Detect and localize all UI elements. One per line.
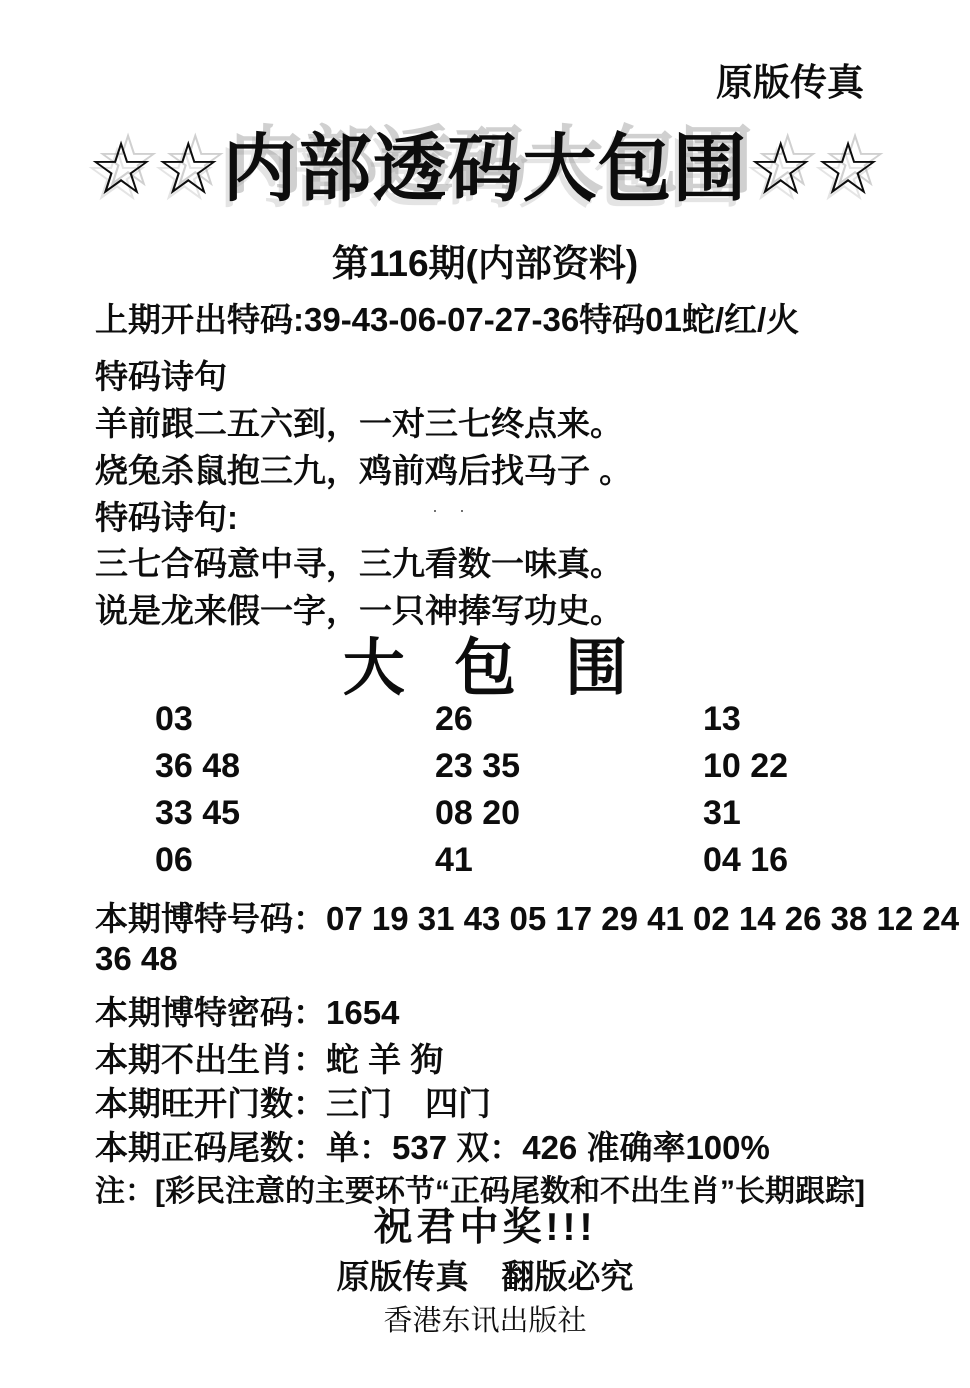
page-title: ☆☆内部透码大包围☆☆ (0, 110, 970, 216)
issue-number-line: 第116期(内部资料) (0, 233, 970, 287)
grid-row: 06 41 04 16 (155, 841, 915, 888)
footer-publisher-line: 香港东讯出版社 (0, 1298, 970, 1339)
excluded-zodiac-label: 本期不出生肖： (95, 1041, 326, 1078)
grid-cell: 13 (703, 700, 741, 739)
bote-password-label: 本期博特密码： (95, 994, 326, 1031)
bote-numbers-wrap-line: 36 48 (95, 940, 178, 978)
grid-row: 36 48 23 35 10 22 (155, 747, 915, 794)
poem-line-3: 三七合码意中寻，三九看数一味真。 (95, 538, 623, 585)
grid-row: 03 26 13 (155, 700, 915, 747)
grid-cell: 26 (435, 700, 703, 739)
tail-numbers-value: 单：537 双：426 准确率100% (326, 1129, 770, 1166)
grid-cell: 06 (155, 841, 435, 880)
number-grid: 03 26 13 36 48 23 35 10 22 33 45 08 20 3… (155, 700, 915, 888)
grid-cell: 03 (155, 700, 435, 739)
poem-label-2: 特码诗句: (95, 492, 238, 539)
scan-artifact-dots: · · (432, 500, 473, 521)
grid-row: 33 45 08 20 31 (155, 794, 915, 841)
big-surround-heading: 大 包 围 (0, 618, 970, 707)
excluded-zodiac-line: 本期不出生肖：蛇 羊 狗 (95, 1034, 443, 1081)
grid-cell: 33 45 (155, 794, 435, 833)
fax-document-page: 原版传真 ☆☆内部透码大包围☆☆ 第116期(内部资料) 上期开出特码:39-4… (0, 0, 970, 1388)
grid-cell: 04 16 (703, 841, 788, 880)
lucky-doors-line: 本期旺开门数：三门 四门 (95, 1078, 491, 1125)
lucky-doors-value: 三门 四门 (326, 1085, 491, 1122)
grid-cell: 23 35 (435, 747, 703, 786)
congratulations-line: 祝君中奖!!! (0, 1196, 970, 1252)
bote-numbers-label: 本期博特号码： (95, 900, 326, 937)
footer-copyright-line: 原版传真 翻版必究 (0, 1251, 970, 1298)
grid-cell: 41 (435, 841, 703, 880)
bote-password-line: 本期博特密码：1654 (95, 987, 399, 1034)
grid-cell: 08 20 (435, 794, 703, 833)
bote-password-value: 1654 (326, 994, 399, 1031)
poem-line-2: 烧兔杀鼠抱三九，鸡前鸡后找马子 。 (95, 445, 632, 492)
poem-label-1: 特码诗句 (95, 351, 227, 398)
poem-line-1: 羊前跟二五六到，一对三七终点来。 (95, 398, 623, 445)
grid-cell: 31 (703, 794, 741, 833)
corner-label-original-fax: 原版传真 (716, 52, 864, 106)
bote-numbers-value: 07 19 31 43 05 17 29 41 02 14 26 38 12 2… (326, 900, 959, 937)
tail-numbers-label: 本期正码尾数： (95, 1129, 326, 1166)
grid-cell: 10 22 (703, 747, 788, 786)
grid-cell: 36 48 (155, 747, 435, 786)
bote-numbers-line: 本期博特号码：07 19 31 43 05 17 29 41 02 14 26 … (95, 893, 959, 940)
tail-numbers-line: 本期正码尾数：单：537 双：426 准确率100% (95, 1122, 770, 1169)
last-draw-result-line: 上期开出特码:39-43-06-07-27-36特码01蛇/红/火 (95, 294, 799, 341)
lucky-doors-label: 本期旺开门数： (95, 1085, 326, 1122)
excluded-zodiac-value: 蛇 羊 狗 (326, 1041, 443, 1078)
